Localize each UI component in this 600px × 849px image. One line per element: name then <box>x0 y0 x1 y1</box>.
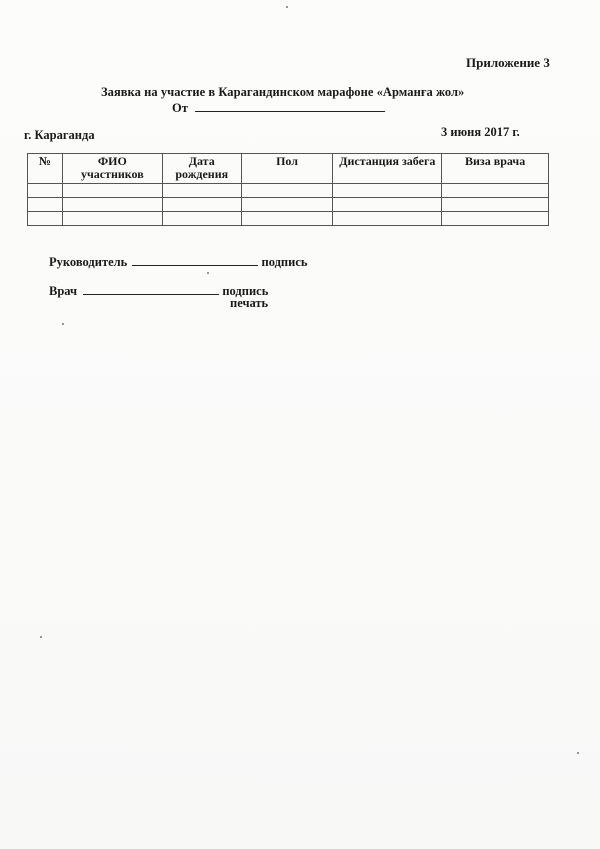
column-header: № <box>28 154 63 184</box>
column-header: ФИОучастников <box>62 154 162 184</box>
table-cell[interactable] <box>62 198 162 212</box>
table-cell[interactable] <box>241 198 333 212</box>
table-cell[interactable] <box>162 184 241 198</box>
scan-speck <box>62 323 64 325</box>
participants-table: №ФИОучастниковДатарожденияПолДистанция з… <box>27 153 549 226</box>
column-header-line: Виза врача <box>442 155 548 168</box>
stamp-label: печать <box>230 296 268 311</box>
table-cell[interactable] <box>28 184 63 198</box>
table-cell[interactable] <box>333 212 442 226</box>
document-title: Заявка на участие в Карагандинском мараф… <box>101 85 464 100</box>
table-cell[interactable] <box>333 184 442 198</box>
column-header-line: участников <box>63 168 162 181</box>
appendix-label: Приложение 3 <box>466 55 550 71</box>
city-label: г. Караганда <box>24 128 95 143</box>
scan-speck <box>40 636 42 638</box>
scan-speck <box>207 272 209 274</box>
column-header: Пол <box>241 154 333 184</box>
from-label: От <box>172 101 188 115</box>
table-cell[interactable] <box>162 198 241 212</box>
scan-speck <box>286 6 288 8</box>
table-cell[interactable] <box>442 198 549 212</box>
table-cell[interactable] <box>162 212 241 226</box>
scan-speck <box>577 752 579 754</box>
table-row <box>28 212 549 226</box>
table-cell[interactable] <box>241 212 333 226</box>
manager-signature-field[interactable] <box>132 254 258 266</box>
table-cell[interactable] <box>28 198 63 212</box>
manager-signature-row: Руководитель подпись <box>49 254 308 270</box>
column-header-line: Дистанция забега <box>333 155 441 168</box>
doctor-label: Врач <box>49 284 77 298</box>
scanned-page: Приложение 3 Заявка на участие в Караган… <box>0 0 600 849</box>
table-cell[interactable] <box>333 198 442 212</box>
manager-label: Руководитель <box>49 255 127 269</box>
column-header: Дистанция забега <box>333 154 442 184</box>
table-cell[interactable] <box>442 212 549 226</box>
column-header-line: Пол <box>242 155 333 168</box>
from-field[interactable] <box>195 100 385 112</box>
column-header-line: рождения <box>163 168 241 181</box>
table-cell[interactable] <box>62 184 162 198</box>
table-row <box>28 198 549 212</box>
doctor-signature-field[interactable] <box>83 283 219 295</box>
table-cell[interactable] <box>241 184 333 198</box>
table-cell[interactable] <box>28 212 63 226</box>
from-row: От <box>172 100 385 116</box>
column-header-line: № <box>28 155 62 168</box>
table-cell[interactable] <box>442 184 549 198</box>
manager-signature-caption: подпись <box>262 255 308 269</box>
table-row <box>28 184 549 198</box>
table-header-row: №ФИОучастниковДатарожденияПолДистанция з… <box>28 154 549 184</box>
column-header: Датарождения <box>162 154 241 184</box>
document-date: 3 июня 2017 г. <box>441 125 520 140</box>
column-header: Виза врача <box>442 154 549 184</box>
table-cell[interactable] <box>62 212 162 226</box>
